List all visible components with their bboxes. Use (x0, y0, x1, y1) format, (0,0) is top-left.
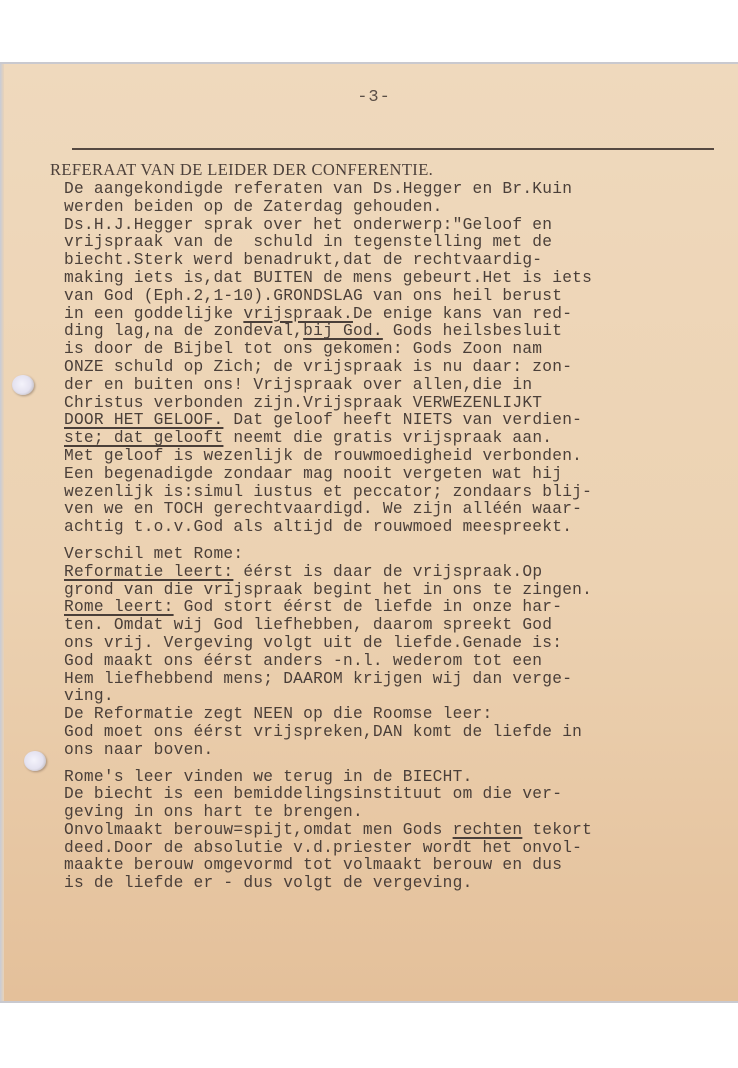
text-line: in een goddelijke vrijspraak.De enige ka… (64, 306, 592, 324)
text-line: achtig t.o.v.God als altijd de rouwmoed … (64, 519, 592, 537)
text-line: Reformatie leert: éérst is daar de vrijs… (64, 564, 592, 582)
underlined-phrase: bij God. (303, 322, 383, 340)
document-body: De aangekondigde referaten van Ds.Hegger… (64, 181, 592, 893)
text-line: De aangekondigde referaten van Ds.Hegger… (64, 181, 592, 199)
text-line: De Reformatie zegt NEEN op die Roomse le… (64, 706, 592, 724)
page-number: -3- (0, 88, 738, 107)
text-line: Ds.H.J.Hegger sprak over het onderwerp:"… (64, 217, 592, 235)
underlined-phrase: vrijspraak. (243, 305, 353, 323)
document-heading: REFERAAT VAN DE LEIDER DER CONFERENTIE. (50, 160, 433, 180)
scanned-page: -3- REFERAAT VAN DE LEIDER DER CONFERENT… (0, 62, 738, 1003)
text-line: Onvolmaakt berouw=spijt,omdat men Gods r… (64, 822, 592, 840)
text-line: ving. (64, 688, 592, 706)
text-line: ste; dat gelooft neemt die gratis vrijsp… (64, 430, 592, 448)
text-line: wezenlijk is:simul iustus et peccator; z… (64, 484, 592, 502)
text-line: grond van die vrijspraak begint het in o… (64, 582, 592, 600)
punch-hole (12, 375, 34, 395)
text-line: ven we en TOCH gerechtvaardigd. We zijn … (64, 501, 592, 519)
text-line: ons naar boven. (64, 742, 592, 760)
text-line: ons vrij. Vergeving volgt uit de liefde.… (64, 635, 592, 653)
punch-hole (24, 751, 46, 771)
text-line: DOOR HET GELOOF. Dat geloof heeft NIETS … (64, 412, 592, 430)
text-line: ten. Omdat wij God liefhebben, daarom sp… (64, 617, 592, 635)
text-line: werden beiden op de Zaterdag gehouden. (64, 199, 592, 217)
underlined-phrase: Rome leert: (64, 598, 174, 616)
underlined-phrase: ste; dat gelooft (64, 429, 223, 447)
text-line: maakte berouw omgevormd tot volmaakt ber… (64, 857, 592, 875)
text-line: Christus verbonden zijn.Vrijspraak VERWE… (64, 395, 592, 413)
text-line: making iets is,dat BUITEN de mens gebeur… (64, 270, 592, 288)
text-line: De biecht is een bemiddelingsinstituut o… (64, 786, 592, 804)
text-line: is de liefde er - dus volgt de vergeving… (64, 875, 592, 893)
text-line: Rome leert: God stort éérst de liefde in… (64, 599, 592, 617)
text-line: deed.Door de absolutie v.d.priester word… (64, 840, 592, 858)
underlined-phrase: rechten (453, 821, 523, 839)
text-line: van God (Eph.2,1-10).GRONDSLAG van ons h… (64, 288, 592, 306)
text-line: vrijspraak van de schuld in tegenstellin… (64, 234, 592, 252)
text-line: der en buiten ons! Vrijspraak over allen… (64, 377, 592, 395)
text-line: Hem liefhebbend mens; DAAROM krijgen wij… (64, 671, 592, 689)
underlined-phrase: Reformatie leert: (64, 563, 233, 581)
text-line: God maakt ons éérst anders -n.l. wederom… (64, 653, 592, 671)
text-line: Met geloof is wezenlijk de rouwmoedighei… (64, 448, 592, 466)
text-line: geving in ons hart te brengen. (64, 804, 592, 822)
header-rule (72, 148, 714, 150)
text-line: biecht.Sterk werd benadrukt,dat de recht… (64, 252, 592, 270)
underlined-phrase: DOOR HET GELOOF. (64, 411, 223, 429)
text-line: Rome's leer vinden we terug in de BIECHT… (64, 769, 592, 787)
text-line: is door de Bijbel tot ons gekomen: Gods … (64, 341, 592, 359)
text-line: Een begenadigde zondaar mag nooit verget… (64, 466, 592, 484)
text-line: ONZE schuld op Zich; de vrijspraak is nu… (64, 359, 592, 377)
text-line: ding lag,na de zondeval,bij God. Gods he… (64, 323, 592, 341)
text-line: God moet ons éérst vrijspreken,DAN komt … (64, 724, 592, 742)
text-line: Verschil met Rome: (64, 546, 592, 564)
